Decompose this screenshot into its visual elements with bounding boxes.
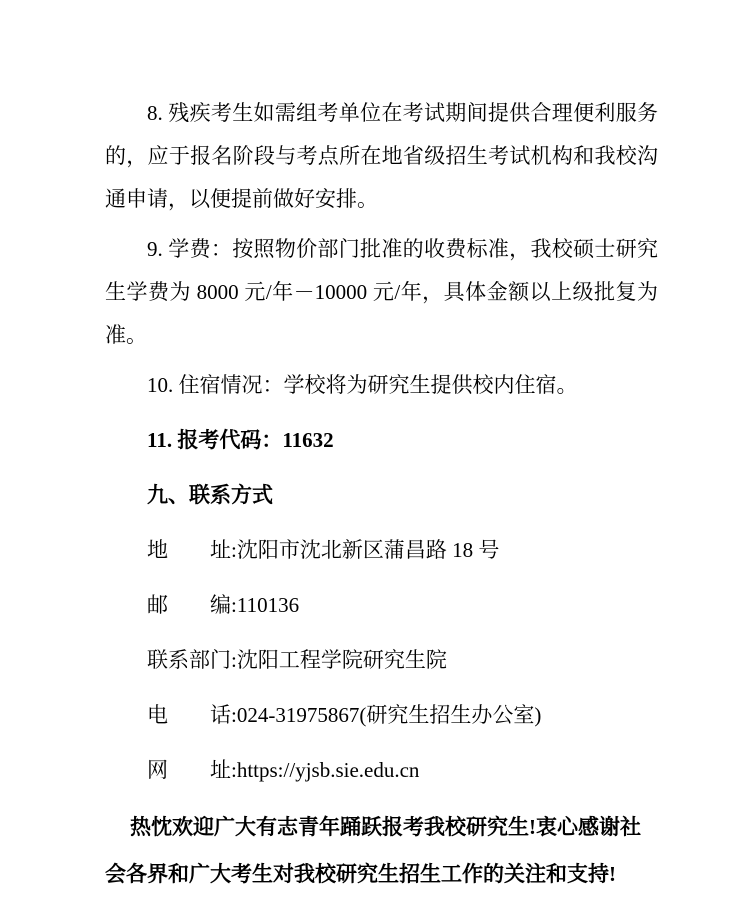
- contact-address-line: 地 址:沈阳市沈北新区蒲昌路 18 号: [105, 529, 658, 572]
- contact-address-value: 沈阳市沈北新区蒲昌路 18 号: [237, 538, 500, 562]
- closing-paragraph: 热忱欢迎广大有志青年踊跃报考我校研究生!衷心感谢社会各界和广大考生对我校研究生招…: [105, 804, 658, 898]
- application-code-value: 11632: [282, 428, 333, 452]
- contact-department-label: 联系部门: [147, 648, 231, 672]
- contact-department-value: 沈阳工程学院研究生院: [237, 648, 447, 672]
- contact-website-url: https://yjsb.sie.edu.cn: [237, 758, 420, 782]
- paragraph-application-code: 11. 报考代码：11632: [105, 419, 658, 462]
- heading-contact-info: 九、联系方式: [105, 474, 658, 517]
- contact-phone-line: 电 话:024-31975867(研究生招生办公室): [105, 694, 658, 737]
- contact-website-line: 网 址:https://yjsb.sie.edu.cn: [105, 749, 658, 792]
- contact-postcode-value: 110136: [237, 593, 299, 617]
- contact-phone-value: 024-31975867(研究生招生办公室): [237, 703, 541, 727]
- application-code-label: 11. 报考代码：: [147, 428, 282, 452]
- document-page: 8. 残疾考生如需组考单位在考试期间提供合理便利服务的，应于报名阶段与考点所在地…: [0, 0, 756, 921]
- contact-postcode-label: 邮 编: [147, 593, 231, 617]
- paragraph-disability-services: 8. 残疾考生如需组考单位在考试期间提供合理便利服务的，应于报名阶段与考点所在地…: [105, 92, 658, 221]
- contact-department-line: 联系部门:沈阳工程学院研究生院: [105, 639, 658, 682]
- contact-phone-label: 电 话: [147, 703, 231, 727]
- contact-website-label: 网 址: [147, 758, 231, 782]
- contact-address-label: 地 址: [147, 538, 231, 562]
- contact-postcode-line: 邮 编:110136: [105, 584, 658, 627]
- paragraph-tuition: 9. 学费：按照物价部门批准的收费标准，我校硕士研究生学费为 8000 元/年－…: [105, 228, 658, 357]
- paragraph-accommodation: 10. 住宿情况：学校将为研究生提供校内住宿。: [105, 364, 658, 407]
